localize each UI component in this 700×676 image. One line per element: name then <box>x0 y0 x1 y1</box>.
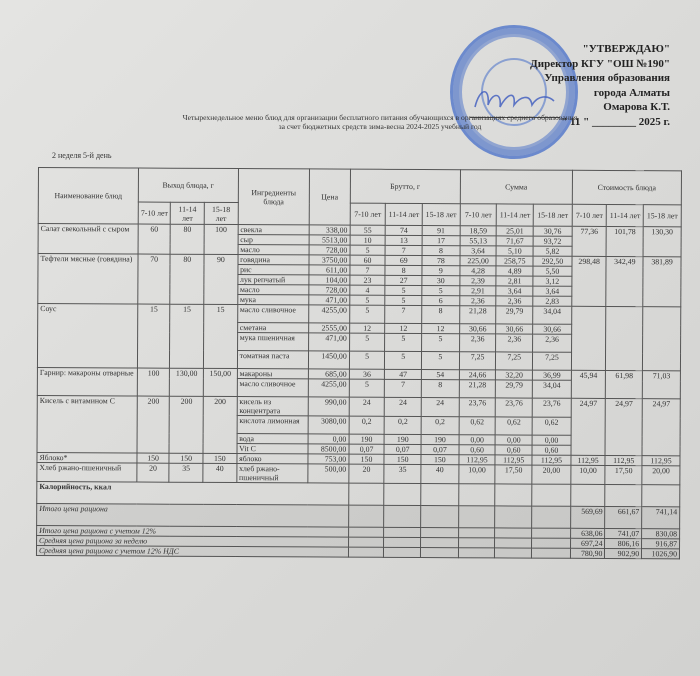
ingredient-brutto: 0,07 <box>384 444 421 454</box>
ingredient-sum: 25,01 <box>497 226 534 236</box>
totals-value: 780,90 <box>570 548 605 558</box>
ingredient-sum: 2,36 <box>496 296 533 306</box>
dish-yield: 90 <box>204 254 238 304</box>
ingredient-sum: 2,83 <box>533 296 572 306</box>
ingredient-sum: 2,36 <box>533 334 572 352</box>
ingredient-brutto: 30 <box>422 276 460 286</box>
ingredient-brutto: 24 <box>421 398 459 417</box>
header-age: 7-10 лет <box>138 202 171 224</box>
ingredient-brutto: 78 <box>422 256 460 266</box>
ingredient-sum: 30,66 <box>496 324 533 334</box>
ingredient-sum: 55,13 <box>460 236 497 246</box>
dish-yield: 200 <box>203 396 237 453</box>
ingredient-brutto: 12 <box>385 323 422 333</box>
ingredient-brutto: 7 <box>385 245 422 255</box>
ingredient-sum: 7,25 <box>459 352 496 370</box>
ingredient-sum: 0,62 <box>532 417 571 435</box>
ingredient-brutto: 5 <box>421 352 459 370</box>
ingredient-brutto: 0,07 <box>349 444 385 454</box>
header-age: 15-18 лет <box>422 204 460 226</box>
ingredient-name: рис <box>238 265 309 275</box>
dish-name: Тефтели мясные (говядина) <box>38 254 138 305</box>
title-line: Четырехнедельное меню блюд для организац… <box>80 113 680 122</box>
dish-cost: 298,48 <box>572 256 607 306</box>
ingredient-name: макароны <box>237 369 308 379</box>
ingredient-price: 3750,00 <box>309 255 350 265</box>
ingredient-brutto: 20 <box>349 464 385 483</box>
calories-value <box>605 484 642 506</box>
totals-empty <box>532 506 571 528</box>
ingredient-brutto: 5 <box>385 295 422 305</box>
ingredient-brutto: 55 <box>350 225 386 235</box>
ingredient-price: 471,00 <box>309 295 350 305</box>
totals-empty <box>384 505 421 527</box>
ingredient-brutto: 150 <box>349 454 385 464</box>
ingredient-sum: 0,00 <box>459 435 496 445</box>
ingredient-brutto: 17 <box>422 236 460 246</box>
ingredient-brutto: 190 <box>384 434 421 444</box>
totals-empty <box>348 527 384 537</box>
ingredient-sum: 29,79 <box>496 380 533 398</box>
totals-value: 661,67 <box>605 506 642 528</box>
ingredient-brutto: 60 <box>350 255 386 265</box>
ingredient-price: 728,00 <box>309 285 350 295</box>
ingredient-name: масло сливочное <box>237 305 308 323</box>
ingredient-brutto: 74 <box>386 225 423 235</box>
ingredient-sum: 21,28 <box>459 380 496 398</box>
dish-yield: 100 <box>204 224 238 254</box>
dish-cost: 112,95 <box>642 456 680 466</box>
ingredient-brutto: 5 <box>422 286 460 296</box>
ingredient-brutto: 24 <box>349 397 385 416</box>
dish-yield: 80 <box>170 254 204 304</box>
totals-empty <box>495 506 532 528</box>
ingredient-sum: 32,20 <box>496 370 533 380</box>
dish-yield: 15 <box>203 304 237 368</box>
header-cost: Стоимость блюда <box>572 170 681 205</box>
ingredient-brutto: 0,2 <box>349 416 385 434</box>
dish-yield: 130,00 <box>170 368 204 396</box>
dish-cost: 71,03 <box>642 371 680 399</box>
header-age: 11-14 лет <box>607 204 644 226</box>
ingredient-sum: 30,66 <box>459 324 496 334</box>
ingredient-sum: 23,76 <box>532 398 571 417</box>
ingredient-brutto: 190 <box>421 435 459 445</box>
ingredient-brutto: 0,2 <box>421 417 459 435</box>
dish-name: Хлеб ржано-пшеничный <box>37 462 137 482</box>
ingredient-price: 338,00 <box>309 225 350 235</box>
totals-empty <box>458 538 495 548</box>
header-age: 15-18 лет <box>533 204 572 226</box>
totals-value: 741,07 <box>605 528 642 538</box>
ingredient-brutto: 36 <box>349 369 385 379</box>
approval-line: Управления образования <box>500 71 670 86</box>
ingredient-name: вода <box>237 434 308 444</box>
ingredient-price: 753,00 <box>308 454 349 464</box>
header-sum: Сумма <box>460 170 572 205</box>
dish-name: Яблоко* <box>37 452 137 463</box>
dish-cost: 130,30 <box>643 227 681 257</box>
ingredient-name: масло сливочное <box>237 379 308 397</box>
ingredient-price: 1450,00 <box>308 351 349 369</box>
ingredient-sum: 5,10 <box>496 246 533 256</box>
dish-cost: 10,00 <box>571 465 606 484</box>
ingredient-sum: 0,62 <box>496 417 533 435</box>
ingredient-price: 5513,00 <box>309 235 350 245</box>
header-age: 7-10 лет <box>572 204 607 226</box>
ingredient-name: лук репчатый <box>238 275 309 285</box>
ingredient-brutto: 23 <box>350 275 386 285</box>
ingredient-name: сметана <box>237 323 308 333</box>
totals-value: 638,06 <box>570 528 605 538</box>
ingredient-sum: 71,67 <box>497 236 534 246</box>
ingredient-name: Vit C <box>237 444 308 454</box>
ingredient-brutto: 7 <box>350 265 386 275</box>
ingredient-sum: 292,50 <box>533 256 572 266</box>
ingredient-price: 8500,00 <box>308 444 349 454</box>
dish-cost: 77,36 <box>572 226 607 256</box>
ingredient-brutto: 69 <box>385 255 422 265</box>
totals-value: 1026,90 <box>642 549 680 559</box>
totals-empty <box>421 548 459 558</box>
ingredient-sum: 20,00 <box>532 465 571 484</box>
approval-line: "УТВЕРЖДАЮ" <box>500 42 670 57</box>
ingredient-sum: 3,64 <box>496 286 533 296</box>
dish-cost <box>643 307 681 371</box>
totals-empty <box>348 505 384 527</box>
ingredient-brutto: 5 <box>349 305 385 323</box>
ingredient-price: 3080,00 <box>308 416 349 434</box>
calories-value <box>421 484 459 506</box>
ingredient-sum: 4,89 <box>496 266 533 276</box>
ingredient-price: 728,00 <box>309 245 350 255</box>
ingredient-sum: 2,36 <box>459 334 496 352</box>
header-yield: Выход блюда, г <box>138 168 238 203</box>
ingredient-brutto: 47 <box>385 369 422 379</box>
ingredient-name: мука пшеничная <box>237 333 308 351</box>
header-age: 11-14 лет <box>386 203 423 225</box>
ingredient-sum: 0,60 <box>532 445 571 455</box>
ingredient-sum: 112,95 <box>459 455 496 465</box>
ingredient-sum: 2,91 <box>460 286 497 296</box>
ingredient-sum: 225,00 <box>460 256 497 266</box>
ingredient-sum: 34,04 <box>533 306 572 324</box>
totals-empty <box>384 547 421 557</box>
ingredient-sum: 0,00 <box>532 435 571 445</box>
ingredient-sum: 258,75 <box>496 256 533 266</box>
ingredient-brutto: 9 <box>422 266 460 276</box>
ingredient-brutto: 190 <box>349 434 385 444</box>
calories-value <box>458 484 495 506</box>
ingredient-sum: 0,62 <box>459 417 496 435</box>
ingredient-brutto: 150 <box>421 455 459 465</box>
ingredient-price: 685,00 <box>308 369 349 379</box>
ingredient-sum: 2,36 <box>460 296 497 306</box>
totals-value: 916,87 <box>642 539 680 549</box>
header-age: 15-18 лет <box>643 205 681 227</box>
totals-value: 569,69 <box>570 506 605 528</box>
ingredient-sum: 0,60 <box>459 445 496 455</box>
ingredient-brutto: 5 <box>349 333 385 351</box>
ingredient-brutto: 5 <box>385 333 422 351</box>
header-age: 11-14 лет <box>171 202 205 224</box>
dish-cost: 112,95 <box>571 455 606 465</box>
table-row: Кисель с витамином С200200200кисель из к… <box>37 395 680 417</box>
ingredient-brutto: 8 <box>385 265 422 275</box>
totals-empty <box>384 527 421 537</box>
dish-name: Кисель с витамином С <box>37 395 137 453</box>
ingredient-sum: 5,50 <box>533 266 572 276</box>
ingredient-brutto: 5 <box>349 351 385 369</box>
ingredient-name: кисель из концентрата <box>237 397 308 416</box>
calories-value <box>642 485 680 507</box>
table-row: Соус151515масло сливочное4255,0057821,28… <box>38 304 681 325</box>
ingredient-sum: 18,59 <box>460 226 497 236</box>
header-age: 7-10 лет <box>350 203 386 225</box>
totals-empty <box>532 528 571 538</box>
header-brutto: Брутто, г <box>350 169 460 204</box>
ingredient-price: 611,00 <box>309 265 350 275</box>
ingredient-sum: 2,39 <box>460 276 497 286</box>
dish-yield: 40 <box>203 463 237 482</box>
approval-line: города Алматы <box>500 86 670 101</box>
ingredient-sum: 3,12 <box>533 276 572 286</box>
totals-label: Средняя цена рациона с учетом 12% НДС <box>36 545 348 557</box>
ingredient-name: хлеб ржано-пшеничный <box>237 464 308 483</box>
dish-yield: 150 <box>203 453 237 463</box>
ingredient-sum: 23,76 <box>459 398 496 417</box>
totals-empty <box>495 548 532 558</box>
calories-value <box>532 484 571 506</box>
ingredient-brutto: 0,2 <box>384 416 421 434</box>
calories-value <box>348 483 384 505</box>
ingredient-sum: 24,66 <box>459 370 496 380</box>
ingredient-sum: 34,04 <box>532 380 571 398</box>
dish-yield: 20 <box>137 463 170 482</box>
ingredient-price: 104,00 <box>309 275 350 285</box>
header-ingredients: Ингредиенты блюда <box>238 169 310 225</box>
header-age: 15-18 лет <box>204 202 238 224</box>
ingredient-brutto: 8 <box>422 246 460 256</box>
ingredient-sum: 2,36 <box>496 334 533 352</box>
totals-value: 697,24 <box>570 538 605 548</box>
dish-cost: 101,78 <box>607 226 644 256</box>
title-line: за счет бюджетных средств зима-весна 202… <box>80 122 680 131</box>
dish-yield: 70 <box>138 254 171 304</box>
ingredient-brutto: 27 <box>385 275 422 285</box>
totals-value: 830,08 <box>642 529 680 539</box>
totals-empty <box>495 528 532 538</box>
dish-yield: 150,00 <box>203 368 237 396</box>
ingredient-name: яблоко <box>237 454 308 464</box>
totals-empty <box>421 538 459 548</box>
ingredient-sum: 112,95 <box>495 455 532 465</box>
ingredient-sum: 4,28 <box>460 266 497 276</box>
totals-value: 806,16 <box>605 538 642 548</box>
ingredient-sum: 30,76 <box>533 226 572 236</box>
ingredient-brutto: 24 <box>385 397 422 416</box>
totals-label: Итого цена рациона <box>37 503 349 527</box>
totals-empty <box>348 547 384 557</box>
header-age: 11-14 лет <box>497 204 534 226</box>
ingredient-sum: 23,76 <box>496 398 533 417</box>
ingredient-sum: 7,25 <box>496 352 533 370</box>
ingredient-sum: 0,00 <box>495 435 532 445</box>
header-dish: Наименование блюд <box>38 168 138 225</box>
dish-yield: 80 <box>170 224 204 254</box>
calories-value <box>571 484 606 506</box>
ingredient-brutto: 5 <box>385 351 422 369</box>
totals-empty <box>532 538 571 548</box>
ingredient-name: масло <box>238 245 309 255</box>
ingredient-name: кислота лимонная <box>237 416 308 434</box>
totals-empty <box>458 506 495 528</box>
ingredient-name: сыр <box>238 235 309 245</box>
ingredient-price: 4255,00 <box>309 305 350 323</box>
ingredient-brutto: 5 <box>349 379 385 397</box>
menu-table: Наименование блюдВыход блюда, гИнгредиен… <box>36 167 682 559</box>
ingredient-price: 471,00 <box>309 333 350 351</box>
ingredient-price: 4255,00 <box>308 379 349 397</box>
ingredient-price: 0,00 <box>308 434 349 444</box>
totals-empty <box>384 537 421 547</box>
ingredient-brutto: 6 <box>422 296 460 306</box>
dish-cost: 20,00 <box>642 466 680 485</box>
ingredient-sum: 112,95 <box>532 455 571 465</box>
ingredient-sum: 36,99 <box>532 370 571 380</box>
ingredient-brutto: 10 <box>350 235 386 245</box>
ingredient-brutto: 5 <box>350 245 386 255</box>
ingredient-sum: 29,79 <box>496 306 533 324</box>
dish-cost: 24,97 <box>605 398 642 455</box>
dish-cost <box>606 306 643 370</box>
dish-yield: 60 <box>138 224 171 254</box>
ingredient-sum: 10,00 <box>459 465 496 484</box>
calories-value <box>495 484 532 506</box>
ingredient-price: 500,00 <box>308 464 349 483</box>
ingredient-price: 990,00 <box>308 397 349 416</box>
ingredient-sum: 93,72 <box>533 236 572 246</box>
ingredient-name: говядина <box>238 255 309 265</box>
ingredient-sum: 7,25 <box>533 352 572 370</box>
totals-empty <box>458 548 495 558</box>
ingredient-name: мука <box>237 295 308 305</box>
dish-yield: 150 <box>169 453 203 463</box>
dish-cost: 45,94 <box>571 370 606 398</box>
dish-cost: 24,97 <box>642 399 680 456</box>
document-title: Четырехнедельное меню блюд для организац… <box>80 113 680 131</box>
totals-value: 741,14 <box>642 507 680 529</box>
dish-name: Соус <box>37 304 137 369</box>
ingredient-brutto: 54 <box>421 370 459 380</box>
dish-yield: 200 <box>169 396 203 453</box>
totals-empty <box>348 537 384 547</box>
ingredient-brutto: 35 <box>384 464 421 483</box>
ingredient-sum: 2,81 <box>496 276 533 286</box>
totals-empty <box>458 528 495 538</box>
ingredient-sum: 5,82 <box>533 246 572 256</box>
ingredient-brutto: 91 <box>422 226 460 236</box>
totals-empty <box>495 538 532 548</box>
dish-yield: 200 <box>137 396 170 453</box>
ingredient-brutto: 5 <box>349 295 385 305</box>
ingredient-brutto: 40 <box>421 465 459 484</box>
dish-name: Гарнир: макароны отварные <box>37 367 137 396</box>
ingredient-name: томатная паста <box>237 351 308 369</box>
ingredient-sum: 17,50 <box>495 465 532 484</box>
dish-yield: 15 <box>170 304 204 368</box>
dish-cost: 24,97 <box>571 398 606 455</box>
ingredient-sum: 0,60 <box>495 445 532 455</box>
ingredient-brutto: 12 <box>422 324 460 334</box>
ingredient-brutto: 13 <box>385 235 422 245</box>
ingredient-sum: 3,64 <box>533 286 572 296</box>
totals-empty <box>421 506 459 528</box>
dish-yield: 15 <box>137 304 170 368</box>
totals-empty <box>421 528 459 538</box>
dish-yield: 100 <box>137 368 170 396</box>
totals-value: 902,90 <box>605 548 642 558</box>
approval-line: Директор КГУ "ОШ №190" <box>500 57 670 72</box>
dish-cost: 17,50 <box>605 465 642 484</box>
ingredient-brutto: 7 <box>385 305 422 323</box>
dish-name: Салат свекольный с сыром <box>38 224 138 255</box>
ingredient-brutto: 4 <box>350 285 386 295</box>
ingredient-brutto: 12 <box>349 323 385 333</box>
ingredient-brutto: 8 <box>422 306 460 324</box>
dish-cost: 381,89 <box>643 257 681 307</box>
header-age: 7-10 лет <box>460 204 497 226</box>
week-day-label: 2 неделя 5-й день <box>52 151 112 160</box>
dish-cost: 342,49 <box>606 256 643 306</box>
dish-cost: 61,98 <box>606 370 643 398</box>
dish-yield: 35 <box>169 463 203 482</box>
ingredient-price: 2555,00 <box>309 323 350 333</box>
ingredient-brutto: 7 <box>385 379 422 397</box>
ingredient-name: свекла <box>238 225 309 235</box>
ingredient-sum: 3,64 <box>460 246 497 256</box>
ingredient-sum: 30,66 <box>533 324 572 334</box>
dish-cost: 112,95 <box>605 455 642 465</box>
ingredient-brutto: 8 <box>421 380 459 398</box>
ingredient-name: масло <box>237 285 308 295</box>
ingredient-brutto: 0,07 <box>421 445 459 455</box>
dish-cost <box>571 306 606 370</box>
ingredient-brutto: 5 <box>385 285 422 295</box>
calories-label: Калорийность, ккал <box>37 481 349 505</box>
dish-yield: 150 <box>137 453 170 463</box>
header-price: Цена <box>309 169 350 225</box>
ingredient-sum: 21,28 <box>459 306 496 324</box>
calories-value <box>384 483 421 505</box>
ingredient-brutto: 5 <box>422 334 460 352</box>
totals-empty <box>532 548 571 558</box>
ingredient-brutto: 150 <box>384 454 421 464</box>
